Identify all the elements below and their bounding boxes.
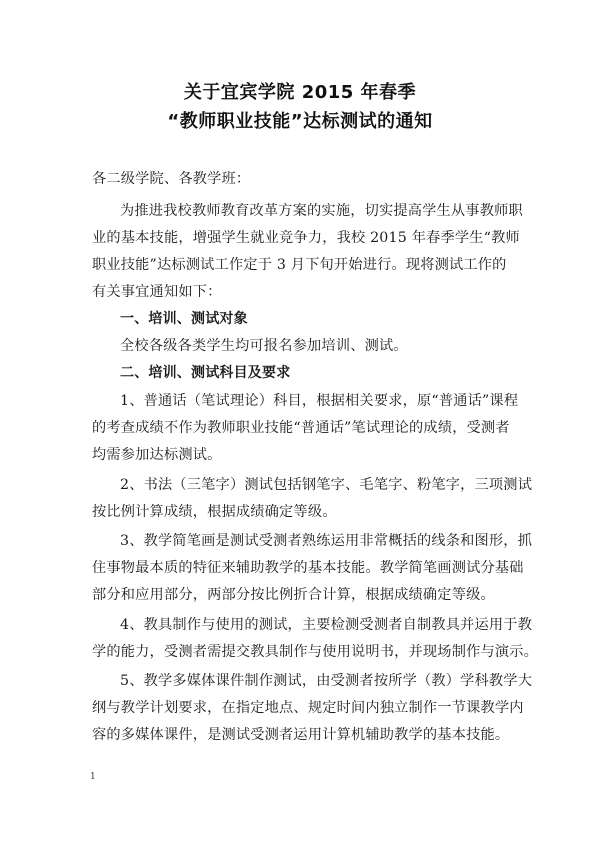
section-body-1: 全校各级各类学生均可报名参加培训、测试。 <box>120 335 540 355</box>
item-5-line: 5、教学多媒体课件制作测试，由受测者按所学（教）学科教学大 <box>120 670 540 690</box>
title-line-2: “教师职业技能”达标测试的通知 <box>0 107 600 133</box>
item-1-line: 的考查成绩不作为教师职业技能“普通话”笔试理论的成绩，受测者 <box>92 417 512 437</box>
item-2-line: 2、书法（三笔字）测试包括钢笔字、毛笔字、粉笔字，三项测试 <box>120 474 540 494</box>
section-heading-2: 二、培训、测试科目及要求 <box>120 362 540 382</box>
item-3-line: 3、教学简笔画是测试受测者熟练运用非常概括的线条和图形，抓 <box>120 530 540 550</box>
section-heading-1: 一、培训、测试对象 <box>120 308 540 328</box>
intro-line: 职业技能”达标测试工作定于 3 月下旬开始进行。现将测试工作的 <box>92 254 512 274</box>
item-4-line: 学的能力，受测者需提交教具制作与使用说明书，并现场制作与演示。 <box>92 641 512 661</box>
item-4-line: 4、教具制作与使用的测试，主要检测受测者自制教具并运用于教 <box>120 614 540 634</box>
item-3-line: 部分和应用部分，两部分按比例折合计算，根据成绩确定等级。 <box>92 584 512 604</box>
salutation: 各二级学院、各教学班： <box>92 168 512 188</box>
item-2-line: 按比例计算成绩，根据成绩确定等级。 <box>92 501 512 521</box>
title-line-1: 关于宜宾学院 2015 年春季 <box>0 78 600 104</box>
item-1-line: 均需参加达标测试。 <box>92 444 512 464</box>
item-5-line: 纲与教学计划要求，在指定地点、规定时间内独立制作一节课教学内 <box>92 697 512 717</box>
item-5-line: 容的多媒体课件，是测试受测者运用计算机辅助教学的基本技能。 <box>92 724 512 744</box>
intro-line: 为推进我校教师教育改革方案的实施，切实提高学生从事教师职 <box>120 200 540 220</box>
item-3-line: 住事物最本质的特征来辅助教学的基本技能。教学简笔画测试分基础 <box>92 557 512 577</box>
intro-line: 有关事宜通知如下： <box>92 281 512 301</box>
page-number: 1 <box>90 772 96 782</box>
intro-line: 业的基本技能，增强学生就业竞争力，我校 2015 年春季学生“教师 <box>92 227 512 247</box>
item-1-line: 1、普通话（笔试理论）科目，根据相关要求，原“普通话”课程 <box>120 390 540 410</box>
